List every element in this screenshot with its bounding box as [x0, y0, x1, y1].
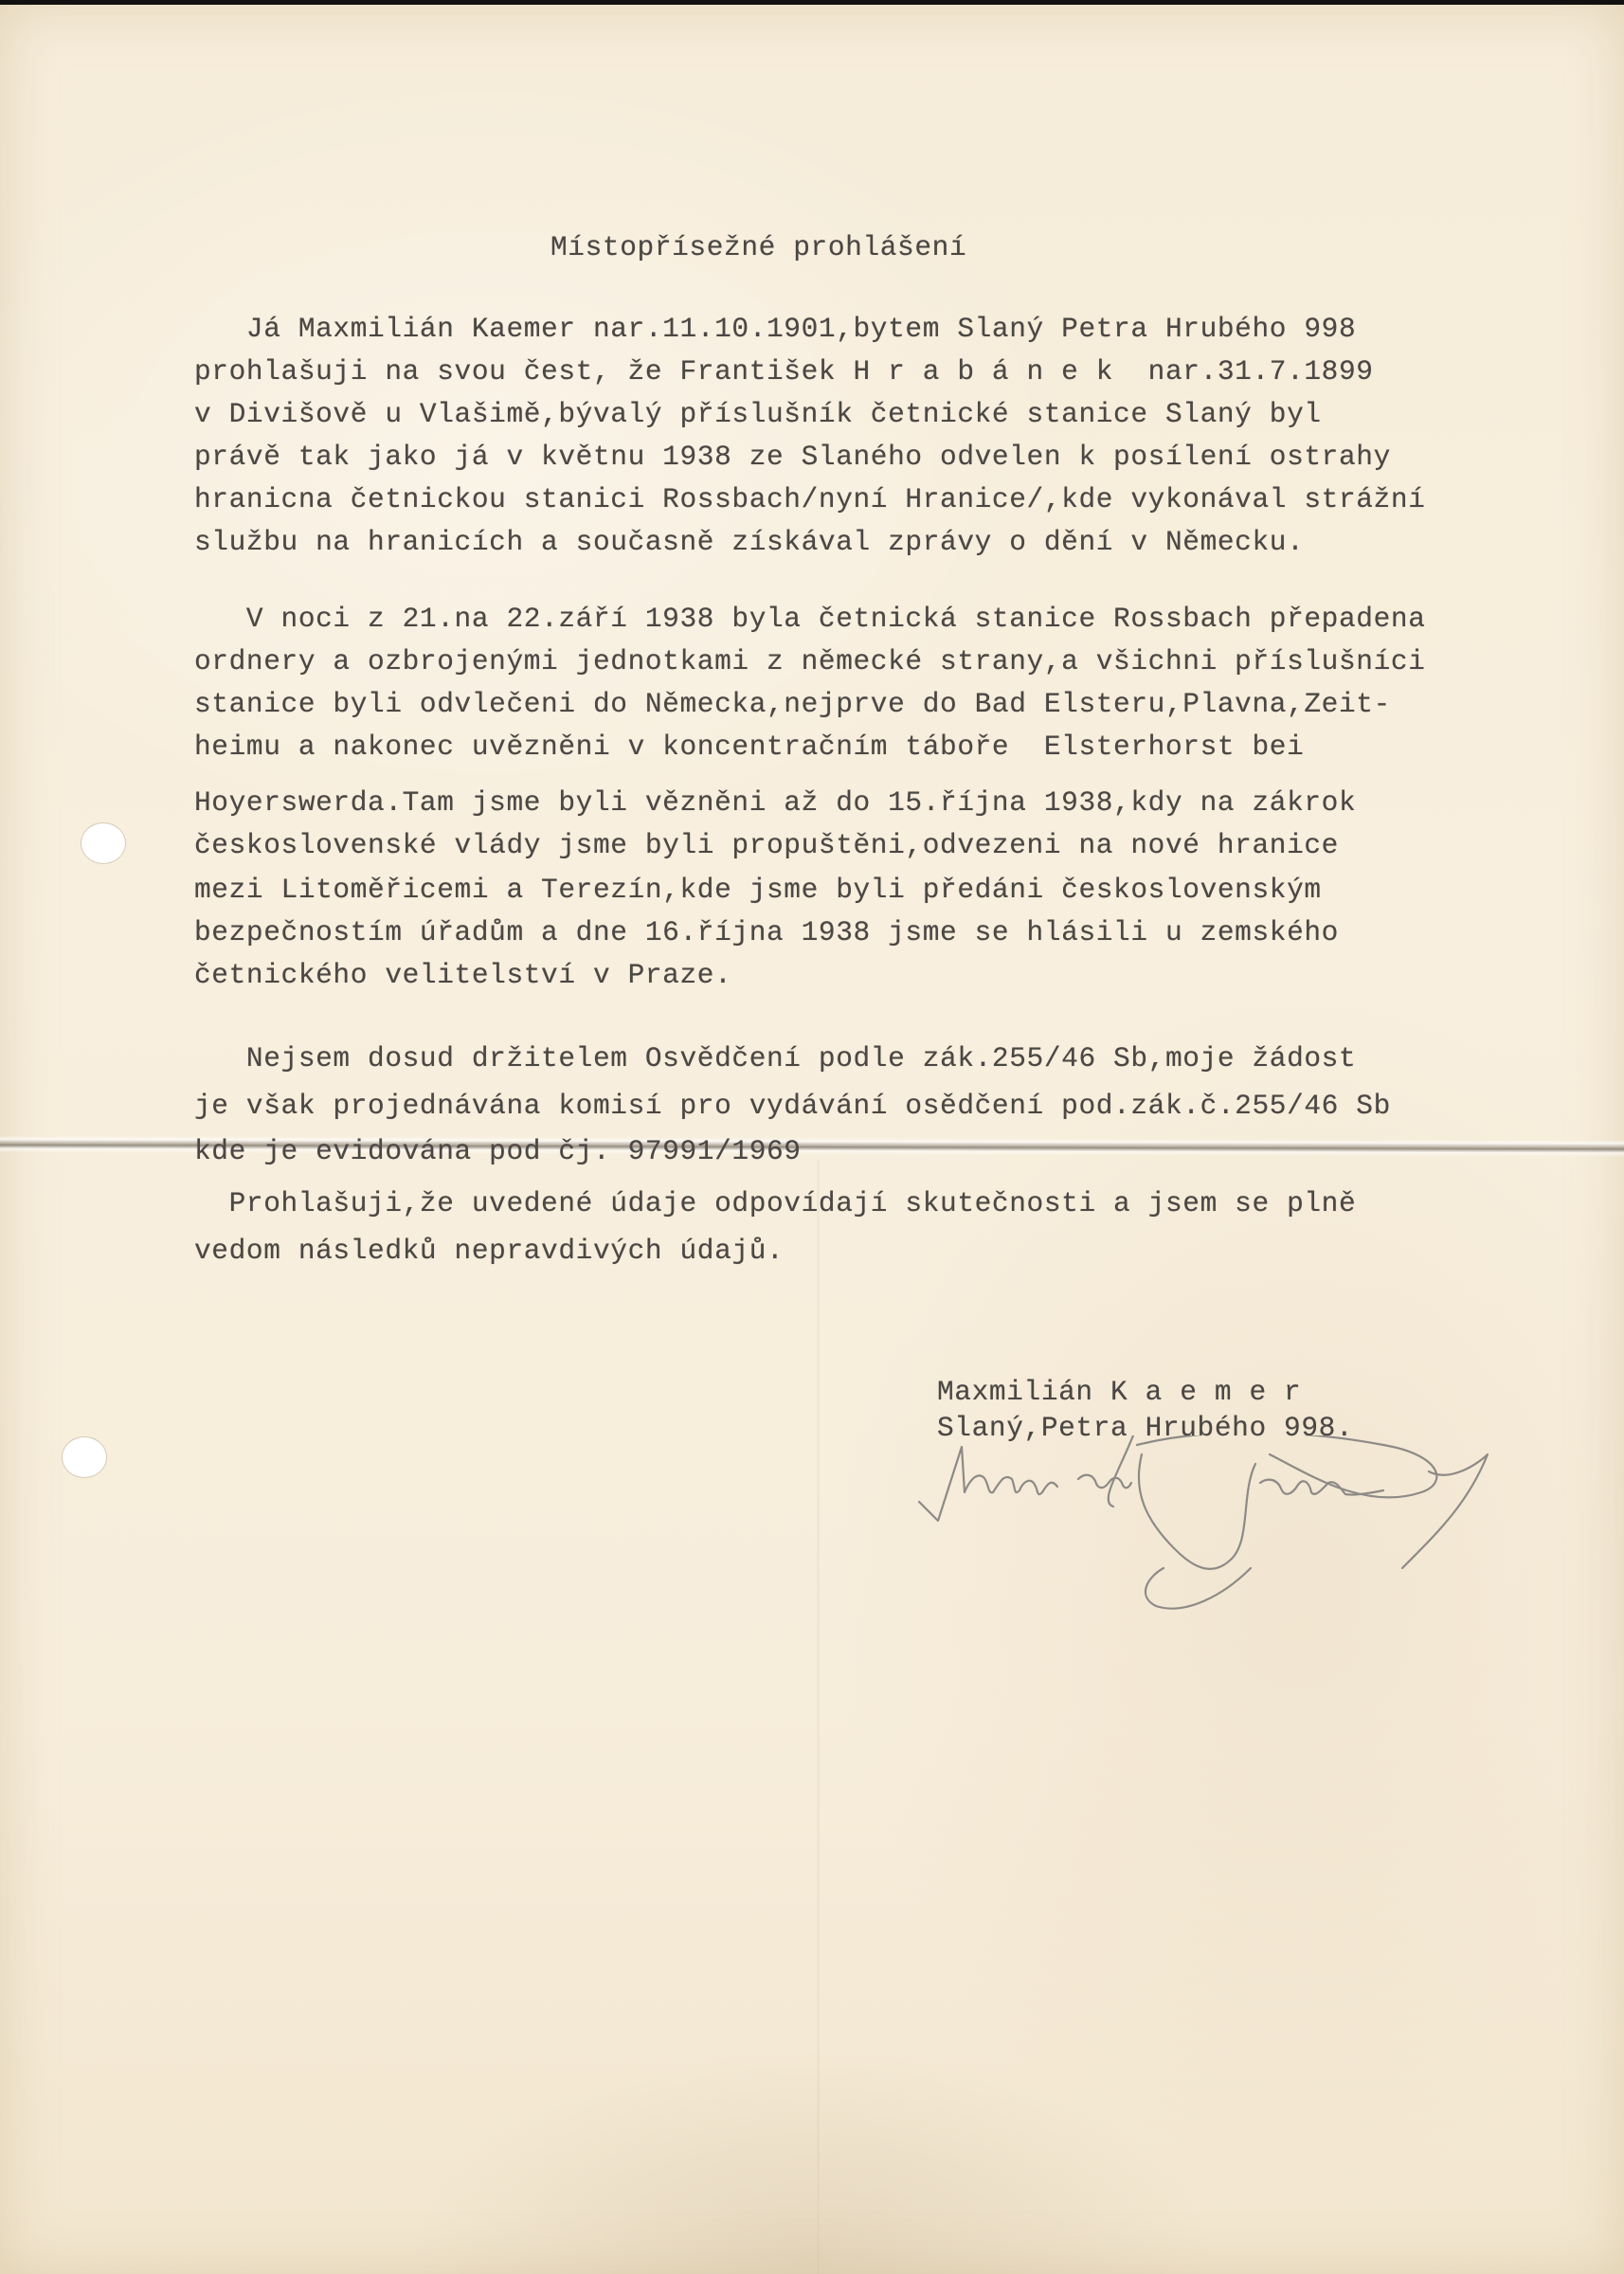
paragraph-2-line-6: československé vlády jsme byli propuštěn…	[194, 829, 1339, 861]
document-title: Místopřísežné prohlášení	[550, 231, 966, 263]
paragraph-2-line-1: V noci z 21.na 22.září 1938 byla četnick…	[194, 603, 1426, 635]
punch-hole-icon	[63, 1437, 106, 1477]
paragraph-1-line-3: v Divišově u Vlašimě,bývalý příslušník č…	[194, 398, 1322, 430]
handwritten-signature-icon	[910, 1435, 1497, 1625]
declaration-body: Já Maxmilián Kaemer nar.11.10.1901,bytem…	[194, 313, 1615, 989]
closing-line-2: vedom následků nepravdivých údajů.	[194, 1235, 784, 1267]
fold-crease-vertical	[817, 1161, 820, 2274]
paragraph-3-line-1: Nejsem dosud držitelem Osvědčení podle z…	[194, 1042, 1356, 1074]
paragraph-2-line-4: heimu a nakonec uvězněni v koncentračním…	[194, 731, 1304, 763]
paragraph-2-line-2: ordnery a ozbrojenými jednotkami z němec…	[194, 645, 1426, 677]
signatory-name: Maxmilián K a e m e r	[937, 1376, 1301, 1408]
paragraph-2-line-5: Hoyerswerda.Tam jsme byli vězněni až do …	[194, 786, 1356, 819]
paragraph-2-line-7: mezi Litoměřicemi a Terezín,kde jsme byl…	[194, 874, 1322, 906]
paragraph-2-line-8: bezpečnostím úřadům a dne 16.října 1938 …	[194, 916, 1339, 948]
closing-line-1: Prohlašuji,že uvedené údaje odpovídají s…	[194, 1187, 1356, 1219]
closing-statement: Prohlašuji,že uvedené údaje odpovídají s…	[194, 1187, 1615, 1284]
punch-hole-icon	[81, 823, 125, 863]
paragraph-2-line-9: četnického velitelství v Praze.	[194, 959, 731, 991]
paragraph-3-line-3: kde je evidována pod čj. 97991/1969	[194, 1135, 802, 1167]
paragraph-1-line-4: právě tak jako já v květnu 1938 ze Slané…	[194, 441, 1391, 473]
paragraph-1-line-2: prohlašuji na svou čest, že František H …	[194, 355, 1374, 388]
paragraph-2-line-3: stanice byli odvlečeni do Německa,nejprv…	[194, 688, 1391, 720]
paragraph-3-line-2: je však projednávána komisí pro vydávání…	[194, 1090, 1391, 1122]
paragraph-1-line-6: službu na hranicích a současně získával …	[194, 526, 1304, 558]
paragraph-1-line-5: hranicna četnickou stanici Rossbach/nyní…	[194, 483, 1426, 515]
paragraph-1-line-1: Já Maxmilián Kaemer nar.11.10.1901,bytem…	[194, 313, 1356, 345]
